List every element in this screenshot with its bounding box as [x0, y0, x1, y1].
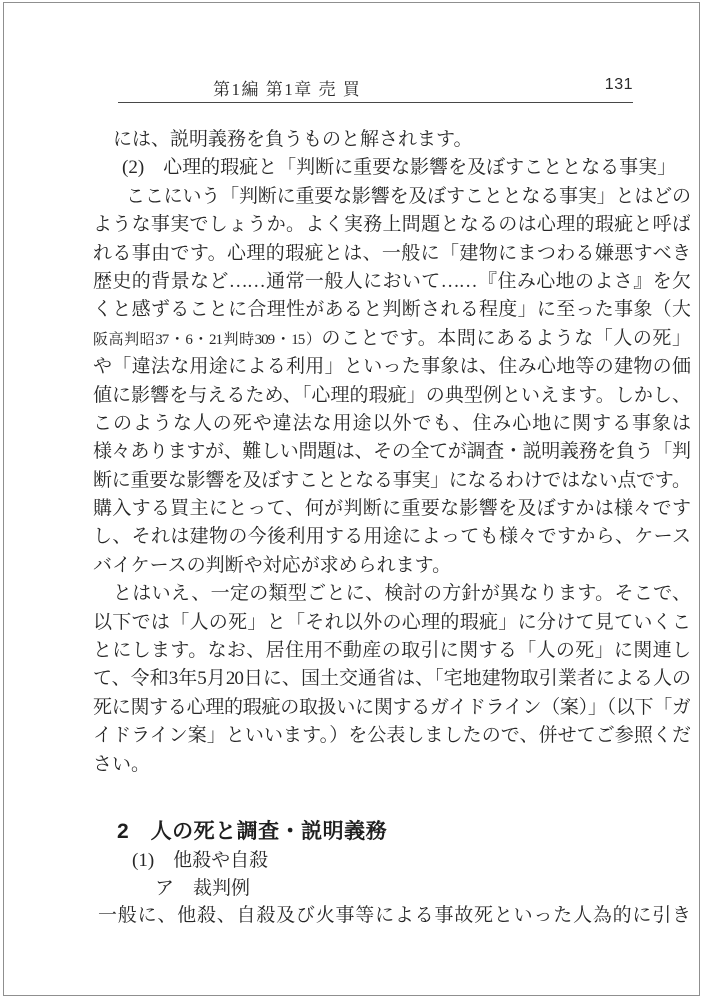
body-text-segment: さい。 — [93, 754, 150, 775]
text-line: や「違法な用途による利用」といった事象は、住み心地等の建物の価 — [93, 353, 690, 381]
body-text-segment: とはいえ、一定の類型ごとに、検討の方針が異なります。そこで、 — [113, 583, 690, 604]
text-line: くと感ずることに合理性があると判断される程度」に至った事象（大 — [93, 296, 690, 324]
body-text-segment: 値に影響を与えるため、「心理的瑕疵」の典型例といえます。しかし、 — [93, 385, 690, 406]
text-line: イドライン案」といいます。）を公表しましたので、併せてご参照くだ — [93, 722, 690, 750]
text-line: 歴史的背景など……通常一般人において……『住み心地のよさ』を欠 — [93, 268, 690, 296]
body-text-segment: ような事実でしょうか。よく実務上問題となるのは心理的瑕疵と呼ば — [93, 214, 690, 235]
body-text-segment: 断に重要な影響を及ぼすこととなる事実」になるわけではない点です。 — [93, 470, 690, 491]
subsection-heading: (1) 他殺や自殺 — [132, 847, 268, 875]
text-line: バイケースの判断や対応が求められます。 — [93, 552, 690, 580]
body-text-segment: れる事由です。心理的瑕疵とは、一般に「建物にまつわる嫌悪すべき — [93, 243, 690, 264]
citation-text: 阪高判昭37・6・21判時309・15） — [93, 332, 321, 348]
text-line: 値に影響を与えるため、「心理的瑕疵」の典型例といえます。しかし、 — [93, 382, 690, 410]
body-text-segment: し、それは建物の今後利用する用途によっても様々ですから、ケース — [93, 526, 690, 547]
text-line: (2) 心理的瑕疵と「判断に重要な影響を及ぼすこととなる事実」 — [93, 154, 690, 182]
section-heading: 2 人の死と調査・説明義務 — [117, 817, 387, 847]
body-text-segment: このような人の死や違法な用途以外でも、住み心地に関する事象は — [93, 413, 690, 434]
header-rule — [118, 102, 633, 103]
body-text-segment: (2) 心理的瑕疵と「判断に重要な影響を及ぼすこととなる事実」 — [122, 157, 676, 178]
text-line: 阪高判昭37・6・21判時309・15）のことです。本問にあるような「人の死」 — [93, 325, 690, 353]
body-text-segment: とにします。なお、居住用不動産の取引に関する「人の死」に関連し — [93, 640, 690, 661]
text-line: 死に関する心理的瑕疵の取扱いに関するガイドライン（案）」（以下「ガ — [93, 694, 690, 722]
section-paragraph-line: 一般に、他殺、自殺及び火事等による事故死といった人為的に引き — [93, 902, 690, 930]
body-text-segment: ここにいう「判断に重要な影響を及ぼすこととなる事実」とはどの — [126, 186, 690, 207]
text-line: とにします。なお、居住用不動産の取引に関する「人の死」に関連し — [93, 637, 690, 665]
body-text-segment: 死に関する心理的瑕疵の取扱いに関するガイドライン（案）」（以下「ガ — [93, 697, 690, 718]
body-text-segment: には、説明義務を負うものと解されます。 — [113, 129, 472, 150]
book-page: { "header": { "title": "第1編 第1章 売 買", "p… — [0, 0, 705, 1000]
body-text-segment: 歴史的背景など……通常一般人において……『住み心地のよさ』を欠 — [93, 271, 690, 292]
body-text-segment: 購入する買主にとって、何が判断に重要な影響を及ぼすかは様々です — [93, 498, 690, 519]
body-text-segment: のことです。本問にあるような「人の死」 — [321, 328, 690, 349]
body-text: には、説明義務を負うものと解されます。(2) 心理的瑕疵と「判断に重要な影響を及… — [93, 126, 690, 779]
body-text-segment: 様々ありますが、難しい問題は、その全てが調査・説明義務を負う「判 — [93, 441, 690, 462]
body-text-segment: 以下では「人の死」と「それ以外の心理的瑕疵」に分けて見ていくこ — [93, 612, 690, 633]
text-line: 様々ありますが、難しい問題は、その全てが調査・説明義務を負う「判 — [93, 438, 690, 466]
text-line: 購入する買主にとって、何が判断に重要な影響を及ぼすかは様々です — [93, 495, 690, 523]
text-line: このような人の死や違法な用途以外でも、住み心地に関する事象は — [93, 410, 690, 438]
text-line: し、それは建物の今後利用する用途によっても様々ですから、ケース — [93, 523, 690, 551]
text-line: 断に重要な影響を及ぼすこととなる事実」になるわけではない点です。 — [93, 467, 690, 495]
running-header: 第1編 第1章 売 買 — [213, 75, 361, 100]
text-line: れる事由です。心理的瑕疵とは、一般に「建物にまつわる嫌悪すべき — [93, 240, 690, 268]
page-number: 131 — [593, 76, 633, 94]
body-text-segment: バイケースの判断や対応が求められます。 — [93, 555, 451, 576]
text-line: て、令和3年5月20日に、国土交通省は、「宅地建物取引業者による人の — [93, 665, 690, 693]
body-text-segment: イドライン案」といいます。）を公表しましたので、併せてご参照くだ — [93, 725, 690, 746]
text-line: ような事実でしょうか。よく実務上問題となるのは心理的瑕疵と呼ば — [93, 211, 690, 239]
text-line: 以下では「人の死」と「それ以外の心理的瑕疵」に分けて見ていくこ — [93, 609, 690, 637]
text-line: とはいえ、一定の類型ごとに、検討の方針が異なります。そこで、 — [93, 580, 690, 608]
body-text-segment: て、令和3年5月20日に、国土交通省は、「宅地建物取引業者による人の — [93, 668, 690, 689]
body-text-segment: や「違法な用途による利用」といった事象は、住み心地等の建物の価 — [93, 356, 690, 377]
text-line: さい。 — [93, 751, 690, 779]
subsub-heading: ア 裁判例 — [155, 875, 250, 903]
text-line: には、説明義務を負うものと解されます。 — [93, 126, 690, 154]
text-line: ここにいう「判断に重要な影響を及ぼすこととなる事実」とはどの — [93, 183, 690, 211]
body-text-segment: くと感ずることに合理性があると判断される程度」に至った事象（大 — [93, 299, 690, 320]
